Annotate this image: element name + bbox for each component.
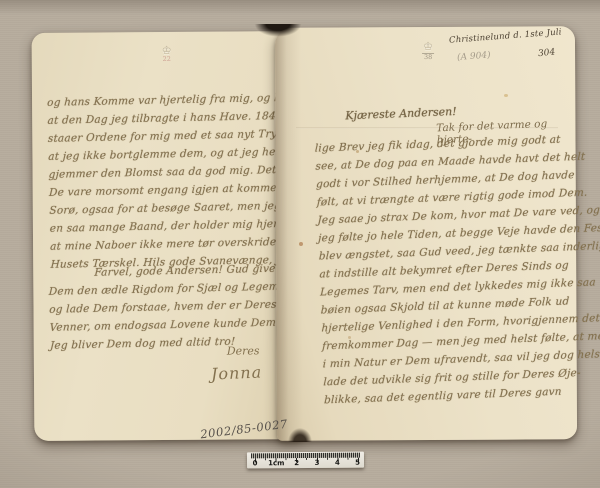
ruler-number: 0	[253, 459, 258, 468]
ruler-labels: 01cm2345	[255, 459, 358, 469]
right-page-body: lige Brev jeg fik idag, det gjorde mig g…	[315, 129, 600, 410]
letter-right-page: ♔ 38 Christinelund d. 1ste Juli (A 904) …	[275, 26, 577, 441]
letter-salutation: Kjæreste Andersen!	[345, 105, 457, 122]
letter-left-page: ♔ 22 og hans Komme var hjertelig fra mig…	[32, 31, 303, 441]
foxing-spot	[356, 150, 359, 153]
pencil-catalog-note: (A 904)	[457, 51, 491, 63]
ruler-number: 1cm	[268, 459, 284, 468]
foxing-spot	[299, 242, 303, 246]
letter-signature: Jonna	[211, 362, 263, 383]
ruler-number: 5	[355, 459, 360, 468]
stamp-number: 22	[157, 56, 177, 63]
ink-page-number: 304	[538, 47, 556, 59]
crown-icon: ♔	[418, 41, 438, 52]
fold-shadow-bottom	[286, 423, 314, 442]
letter-dateline: Christinelund d. 1ste Juli	[449, 27, 562, 45]
embossed-crown-stamp: ♔ 38	[418, 41, 438, 61]
stamp-number: 38	[422, 53, 434, 61]
measuring-scale: 01cm2345	[247, 452, 364, 469]
ruler-number: 2	[294, 459, 299, 468]
foxing-spot	[348, 336, 351, 339]
left-page-paragraph-2: Farvel, gode Andersen! Gud giveDem den æ…	[48, 259, 313, 355]
embossed-crown-stamp: ♔ 22	[157, 45, 177, 63]
horizontal-crease	[296, 127, 558, 129]
ruler-number: 3	[315, 459, 320, 468]
ruler-number: 4	[335, 459, 340, 468]
foxing-spot	[504, 94, 508, 97]
photograph-background: ♔ 22 og hans Komme var hjertelig fra mig…	[0, 0, 600, 488]
letter-closing: Deres	[227, 344, 260, 357]
fold-shadow-top	[252, 24, 304, 41]
